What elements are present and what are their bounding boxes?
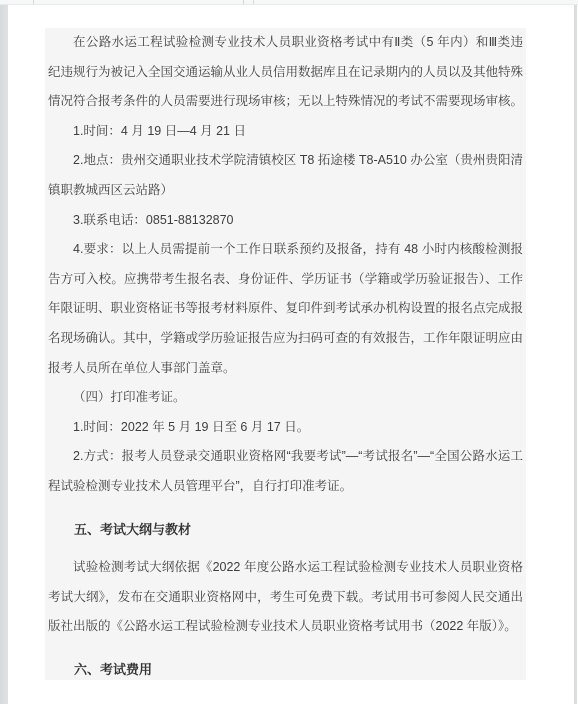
paragraph-onsite-review-rule: 在公路水运工程试验检测专业技术人员职业资格考试中有Ⅱ类（5 年内）和Ⅲ类违纪违规…	[48, 28, 523, 117]
section-heading-exam-syllabus: 五、考试大纲与教材	[48, 515, 523, 545]
paragraph-print-admission-ticket: （四）打印准考证。	[48, 383, 523, 413]
item-print-time: 1.时间：2022 年 5 月 19 日至 6 月 17 日。	[48, 413, 523, 443]
paragraph-exam-syllabus: 试验检测考试大纲依据《2022 年度公路水运工程试验检测专业技术人员职业资格考试…	[48, 553, 523, 642]
item-print-method: 2.方式：报考人员登录交通职业资格网“我要考试”—“考试报名”—“全国公路水运工…	[48, 442, 523, 501]
item-review-location: 2.地点：贵州交通职业技术学院清镇校区 T8 拓途楼 T8-A510 办公室（贵…	[48, 146, 523, 205]
right-scrollbar-strip[interactable]	[574, 5, 577, 704]
article-panel: 在公路水运工程试验检测专业技术人员职业资格考试中有Ⅱ类（5 年内）和Ⅲ类违纪违规…	[45, 28, 526, 680]
window-top-border	[0, 0, 578, 5]
top-border-tick	[243, 0, 244, 4]
section-heading-exam-fees: 六、考试费用	[48, 655, 523, 680]
page: { "colors": { "page_bg": "#ffffff", "pan…	[0, 0, 578, 704]
top-border-tick	[33, 0, 34, 4]
item-review-requirements: 4.要求：以上人员需提前一个工作日联系预约及报备，持有 48 小时内核酸检测报告…	[48, 235, 523, 383]
left-edge-strip	[0, 5, 8, 704]
top-border-tick	[253, 0, 254, 4]
item-contact-phone: 3.联系电话：0851-88132870	[48, 206, 523, 236]
item-review-time: 1.时间：4 月 19 日—4 月 21 日	[48, 117, 523, 147]
